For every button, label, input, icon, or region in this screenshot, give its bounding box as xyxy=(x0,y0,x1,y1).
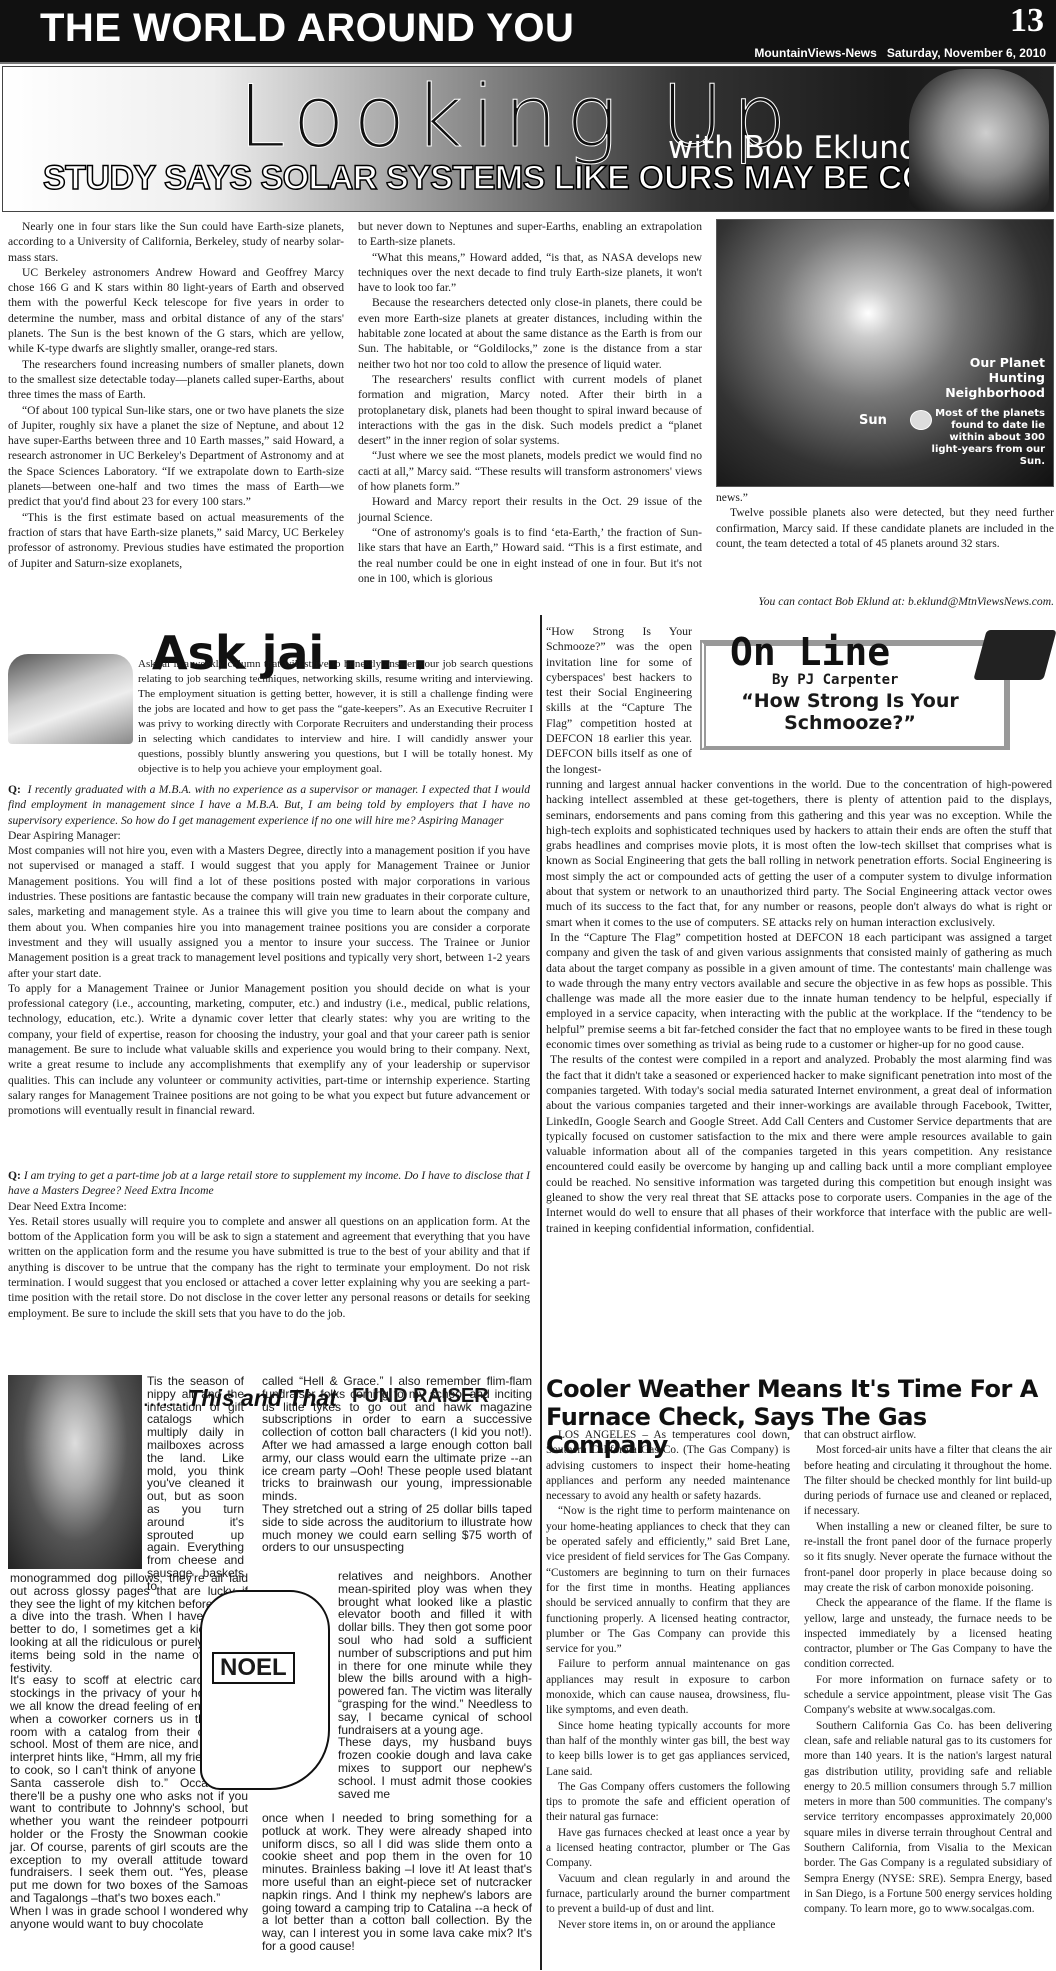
answer-paragraph: Yes. Retail stores usually will require … xyxy=(8,1214,530,1321)
answer-paragraph: To apply for a Management Trainee or Jun… xyxy=(8,981,530,1119)
question-2: Q: I am trying to get a part-time job at… xyxy=(8,1168,530,1199)
paragraph: “Just where we see the most planets, mod… xyxy=(358,448,702,494)
column-divider xyxy=(540,1160,542,1970)
page-number: 13 xyxy=(1010,2,1044,40)
katie-right-column-bottom: once when I needed to bring something fo… xyxy=(262,1812,532,1953)
laptop-icon xyxy=(973,630,1056,680)
ask-jai-intro: Ask jai is a weekly column that will str… xyxy=(138,657,533,777)
galaxy-image: Our PlanetHuntingNeighborhood Sun Most o… xyxy=(716,219,1054,487)
cartoon-job-seeker-icon xyxy=(8,654,133,744)
paragraph: Failure to perform annual maintenance on… xyxy=(546,1657,790,1718)
gas-col1: LOS ANGELES – As temperatures cool down,… xyxy=(546,1428,790,1933)
paragraph: Most forced-air units have a filter that… xyxy=(804,1443,1052,1519)
image-caption-body: Most of the planets found to date lie wi… xyxy=(925,408,1045,468)
paragraph: Howard and Marcy report their results in… xyxy=(358,494,702,525)
paragraph: UC Berkeley astronomers Andrew Howard an… xyxy=(8,265,344,357)
gas-col2: that can obstruct airflow. Most forced-a… xyxy=(804,1428,1052,1918)
paragraph: but never down to Neptunes and super-Ear… xyxy=(358,219,702,250)
paragraph: Since home heating typically accounts fo… xyxy=(546,1719,790,1780)
paragraph: Southern California Gas Co. has been del… xyxy=(804,1719,1052,1918)
paragraph: The researchers found increasing numbers… xyxy=(8,357,344,403)
paragraph: that can obstruct airflow. xyxy=(804,1428,1052,1443)
noel-stocking-illustration: NOEL xyxy=(200,1590,330,1790)
paragraph: “Now is the right time to perform mainte… xyxy=(546,1504,790,1657)
paragraph: The researchers' results conflict with c… xyxy=(358,372,702,448)
paragraph: For more information on furnace safety o… xyxy=(804,1673,1052,1719)
paragraph: Vacuum and clean regularly in and around… xyxy=(546,1872,790,1918)
online-body: running and largest annual hacker conven… xyxy=(546,777,1052,1236)
image-caption-title: Our PlanetHuntingNeighborhood xyxy=(945,355,1045,400)
paragraph: The Gas Company offers customers the fol… xyxy=(546,1780,790,1826)
paragraph: Nearly one in four stars like the Sun co… xyxy=(8,219,344,265)
question-1: Q: I recently graduated with a M.B.A. wi… xyxy=(8,782,530,828)
author-photo xyxy=(8,1375,142,1569)
paragraph: “What this means,” Howard added, “is tha… xyxy=(358,250,702,296)
paragraph: running and largest annual hacker conven… xyxy=(546,777,1052,930)
paragraph: news.” xyxy=(716,490,1054,505)
salutation: Dear Need Extra Income: xyxy=(8,1199,530,1214)
paragraph: Check the appearance of the flame. If th… xyxy=(804,1596,1052,1672)
q-label: Q: xyxy=(8,1169,21,1182)
sun-label: Sun xyxy=(859,413,887,428)
masthead: THE WORLD AROUND YOU 13 MountainViews-Ne… xyxy=(0,0,1056,64)
online-lead: “How Strong Is Your Schmooze?” was the o… xyxy=(546,624,692,777)
paragraph: “Of about 100 typical Sun-like stars, on… xyxy=(8,403,344,510)
article-headline: STUDY SAYS SOLAR SYSTEMS LIKE OURS MAY B… xyxy=(43,159,1034,198)
katie-right-column-top: called “Hell & Grace.” I also remember f… xyxy=(262,1375,532,1554)
paragraph: Because the researchers detected only cl… xyxy=(358,295,702,371)
katie-beside-photo: Tis the season of nippy air and the infe… xyxy=(147,1375,244,1593)
author-photo xyxy=(909,69,1049,211)
paragraph: Never store items in, on or around the a… xyxy=(546,1918,790,1933)
paragraph: When installing a new or cleaned filter,… xyxy=(804,1520,1052,1596)
paragraph: Have gas furnaces checked at least once … xyxy=(546,1826,790,1872)
noel-label: NOEL xyxy=(212,1652,295,1684)
ask-jai-qa2: Q: I am trying to get a part-time job at… xyxy=(8,1168,530,1321)
online-title: On Line xyxy=(730,630,890,674)
online-byline: By PJ Carpenter xyxy=(772,672,898,688)
section-title: THE WORLD AROUND YOU xyxy=(40,6,574,51)
column-divider xyxy=(540,615,542,1160)
paragraph: Twelve possible planets also were detect… xyxy=(716,505,1054,551)
paragraph: LOS ANGELES – As temperatures cool down,… xyxy=(546,1428,790,1504)
online-header-graphic: On Line By PJ Carpenter “How Strong Is Y… xyxy=(700,630,1052,775)
q-label: Q: xyxy=(8,783,21,796)
salutation: Dear Aspiring Manager: xyxy=(8,828,530,843)
online-subtitle: “How Strong Is Your Schmooze?” xyxy=(700,690,1000,734)
question-text: I am trying to get a part-time job at a … xyxy=(8,1169,530,1197)
paragraph: “This is the first estimate based on act… xyxy=(8,510,344,571)
ask-jai-qa1: Q: I recently graduated with a M.B.A. wi… xyxy=(8,782,530,1119)
question-text: I recently graduated with a M.B.A. with … xyxy=(8,783,530,827)
paragraph: The results of the contest were compiled… xyxy=(546,1052,1052,1236)
author-contact: You can contact Bob Eklund at: b.eklund@… xyxy=(716,595,1054,608)
answer-paragraph: Most companies will not hire you, even w… xyxy=(8,843,530,981)
looking-up-col2: but never down to Neptunes and super-Ear… xyxy=(358,219,702,586)
looking-up-col1: Nearly one in four stars like the Sun co… xyxy=(8,219,344,571)
paragraph: “One of astronomy's goals is to find ‘et… xyxy=(358,525,702,586)
looking-up-banner: Looking Up with Bob Eklund STUDY SAYS SO… xyxy=(2,66,1054,212)
katie-right-column-mid: relatives and neighbors. Another mean-sp… xyxy=(338,1570,532,1800)
publication-dateline: MountainViews-News Saturday, November 6,… xyxy=(754,46,1046,60)
paragraph: In the “Capture The Flag” competition ho… xyxy=(546,930,1052,1052)
looking-up-col3: news.” Twelve possible planets also were… xyxy=(716,490,1054,551)
